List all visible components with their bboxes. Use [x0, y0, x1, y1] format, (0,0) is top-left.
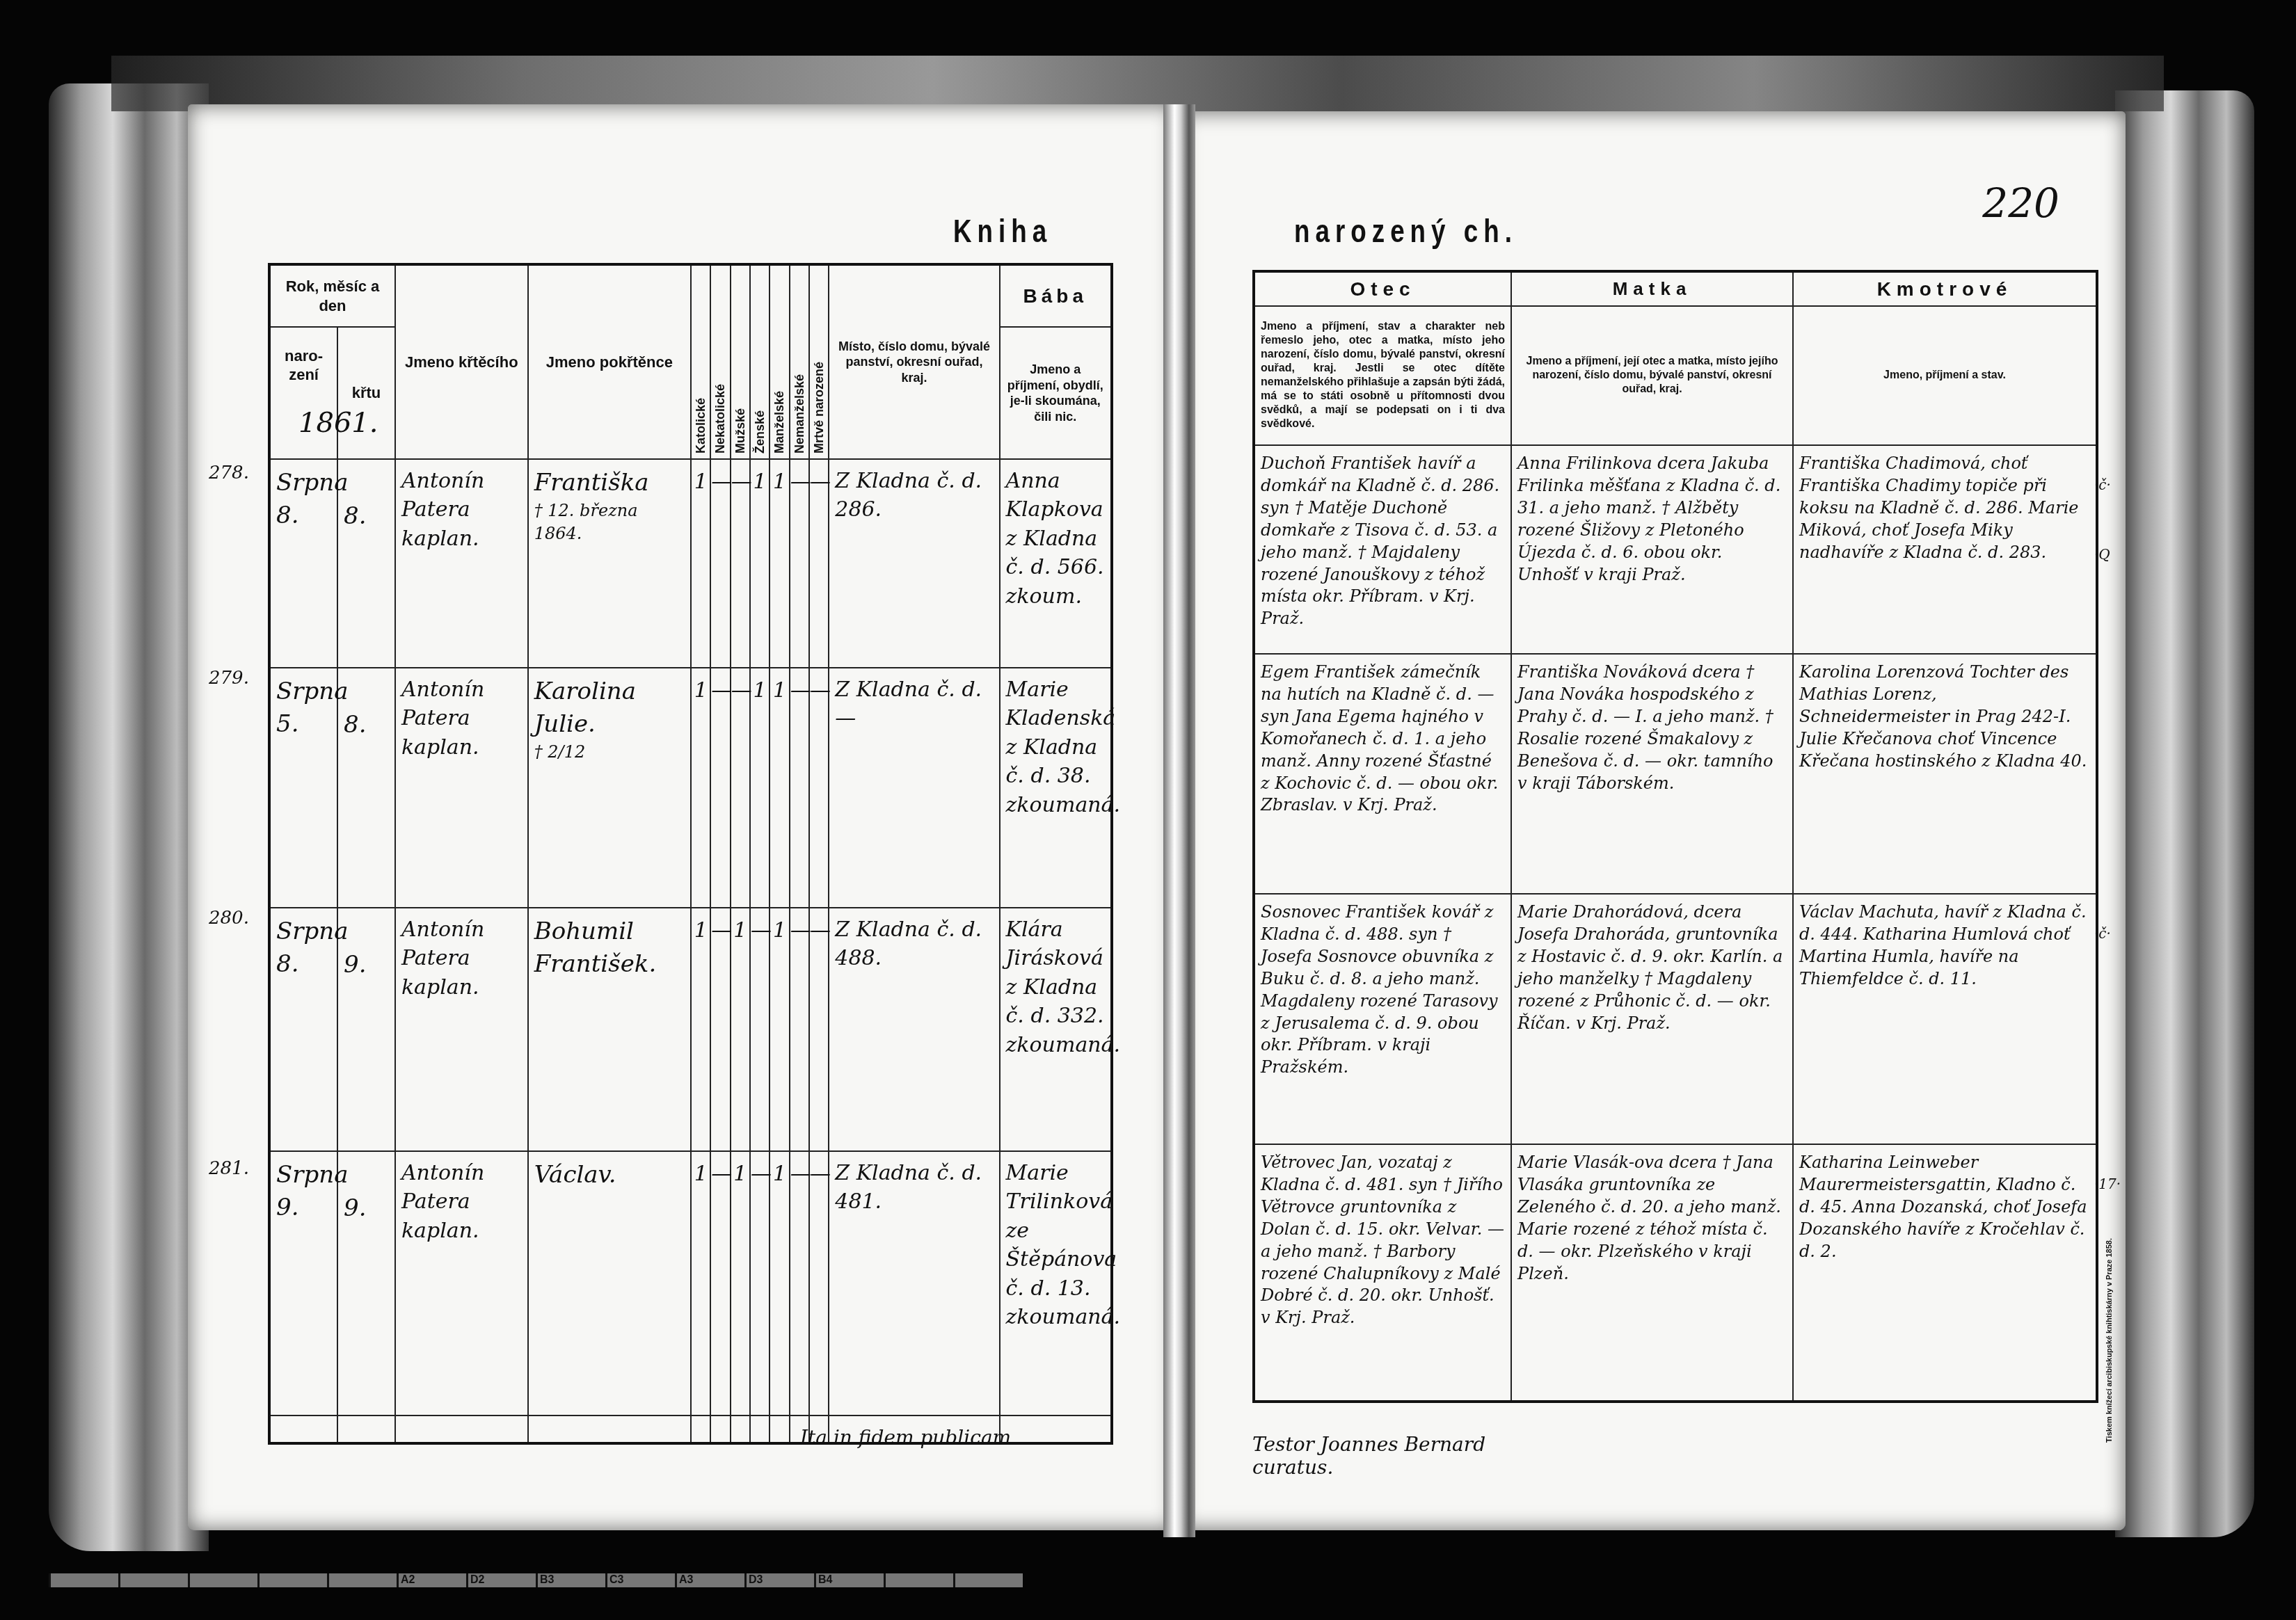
entry-baptized: Václav. — [528, 1151, 691, 1416]
entry-baptizer: Antonín Patera kaplan. — [395, 908, 528, 1151]
flag-illegitimate: — — [790, 1151, 809, 1416]
header-place: Místo, číslo domu, bývalé panství, okres… — [829, 264, 999, 459]
header-flag-noncatholic: Nekatolické — [710, 264, 730, 459]
flag-catholic: 1 — [691, 908, 710, 1151]
header-flag-stillborn: Mrtvě narozené — [809, 264, 829, 459]
header-godparents-desc: Jmeno, příjmení a stav. — [1793, 306, 2097, 445]
entry-godparents: Katharina Leinweber Maurermeistersgattin… — [1793, 1144, 2097, 1402]
entry-baptizer: Antonín Patera kaplan. — [395, 668, 528, 908]
entry-number: 278. — [209, 463, 249, 483]
flag-stillborn: — — [809, 1151, 829, 1416]
flag-catholic: 1 — [691, 1151, 710, 1416]
entry-midwife: Anna Klapkova z Kladna č. d. 566. zkoum. — [1000, 459, 1112, 668]
entry-baptized: Františka† 12. března 1864. — [528, 459, 691, 668]
ruler-cell — [49, 1573, 118, 1587]
header-baptized: Jmeno pokřtěnce — [528, 264, 691, 459]
table-row: Srpna 9. 9. Antonín Patera kaplan. Václa… — [269, 1151, 1112, 1416]
ruler-cell: B3 — [536, 1573, 605, 1587]
entry-mother: Marie Drahorádová, dcera Josefa Drahorád… — [1511, 894, 1793, 1144]
header-flag-catholic: Katolické — [691, 264, 710, 459]
header-godparents: Kmotrové — [1793, 271, 2097, 306]
flag-legitimate: 1 — [770, 1151, 789, 1416]
printer-imprint: Tiskem knížecí arcibiskupské knihtiskárn… — [2105, 1238, 2114, 1443]
header-mother-desc: Jmeno a příjmení, její otec a matka, mís… — [1511, 306, 1793, 445]
entry-mother: Marie Vlasák-ova dcera † Jana Vlasáka gr… — [1511, 1144, 1793, 1402]
entry-baptized: Karolina Julie.† 2/12 — [528, 668, 691, 908]
ruler-cell: B4 — [814, 1573, 884, 1587]
flag-noncatholic: — — [710, 908, 730, 1151]
entry-number: 281. — [209, 1158, 249, 1179]
book-page-stack-left — [49, 83, 209, 1551]
margin-note: ·č· — [2094, 925, 2111, 942]
header-mother: Matka — [1511, 271, 1793, 306]
entry-mother: Františka Nováková dcera † Jana Nováka h… — [1511, 654, 1793, 894]
flag-noncatholic: — — [710, 459, 730, 668]
flag-stillborn: — — [809, 908, 829, 1151]
entry-father: Sosnovec František kovář z Kladna č. d. … — [1254, 894, 1511, 1144]
entry-midwife: Klára Jirásková z Kladna č. d. 332. zkou… — [1000, 908, 1112, 1151]
flag-female: — — [750, 1151, 770, 1416]
entry-father: Egem František zámečník na hutích na Kla… — [1254, 654, 1511, 894]
header-flag-illegitimate: Nemanželské — [790, 264, 809, 459]
color-scale-ruler: A2 D2 B3 C3 A3 D3 B4 — [49, 1573, 1023, 1587]
table-row: Srpna 8. 8. Antonín Patera kaplan. Frant… — [269, 459, 1112, 668]
margin-note: ·17· — [2094, 1176, 2121, 1192]
flag-male: 1 — [731, 908, 750, 1151]
entry-birth: Srpna 8. — [269, 908, 337, 1151]
flag-stillborn: — — [809, 459, 829, 668]
flag-female: 1 — [750, 668, 770, 908]
entry-birth: Srpna 9. — [269, 1151, 337, 1416]
death-note: † 12. března 1864. — [534, 499, 685, 545]
table-row: Srpna 5. 8. Antonín Patera kaplan. Karol… — [269, 668, 1112, 908]
flag-stillborn: — — [809, 668, 829, 908]
entry-number: 280. — [209, 908, 249, 929]
header-flag-legitimate: Manželské — [770, 264, 789, 459]
flag-illegitimate: — — [790, 668, 809, 908]
entry-midwife: Marie Trilinková ze Štěpánova č. d. 13. … — [1000, 1151, 1112, 1416]
header-baptism: křtu — [337, 327, 395, 459]
header-midwife: Bába — [1000, 264, 1112, 327]
entry-place: Z Kladna č. d. 286. — [829, 459, 999, 668]
entry-father: Duchoň František havíř a domkář na Kladn… — [1254, 445, 1511, 654]
table-row: Duchoň František havíř a domkář na Kladn… — [1254, 445, 2097, 654]
entry-mother: Anna Frilinkova dcera Jakuba Frilinka mě… — [1511, 445, 1793, 654]
header-flag-male: Mužské — [731, 264, 750, 459]
ruler-cell — [884, 1573, 953, 1587]
ruler-cell: A3 — [675, 1573, 744, 1587]
flag-illegitimate: — — [790, 459, 809, 668]
book-page-stack-right — [2115, 90, 2254, 1537]
header-midwife-desc: Jmeno a příjmení, obydlí, je-li skoumána… — [1000, 327, 1112, 459]
register-table-left: Rok, měsíc a den Jmeno křtěcího Jmeno po… — [268, 263, 1113, 1445]
header-father: Otec — [1254, 271, 1511, 306]
ruler-cell: A2 — [397, 1573, 466, 1587]
table-row: Egem František zámečník na hutích na Kla… — [1254, 654, 2097, 894]
death-note: † 2/12 — [534, 741, 685, 764]
margin-note: ·Q — [2094, 546, 2110, 563]
entry-place: Z Kladna č. d. — — [829, 668, 999, 908]
entry-baptized: Bohumil František. — [528, 908, 691, 1151]
ruler-cell — [953, 1573, 1023, 1587]
ruler-cell — [257, 1573, 327, 1587]
entry-place: Z Kladna č. d. 488. — [829, 908, 999, 1151]
title-right: narozený ch. — [1294, 212, 1517, 250]
flag-illegitimate: — — [790, 908, 809, 1151]
flag-female: — — [750, 908, 770, 1151]
book-top-edge — [111, 56, 2164, 111]
flag-male: — — [731, 459, 750, 668]
header-date-group: Rok, měsíc a den — [269, 264, 395, 327]
flag-legitimate: 1 — [770, 908, 789, 1151]
ruler-cell — [118, 1573, 188, 1587]
ruler-cell: D3 — [744, 1573, 814, 1587]
ruler-cell — [327, 1573, 397, 1587]
flag-catholic: 1 — [691, 668, 710, 908]
entry-father: Větrovec Jan, vozataj z Kladna č. d. 481… — [1254, 1144, 1511, 1402]
entry-godparents: Václav Machuta, havíř z Kladna č. d. 444… — [1793, 894, 2097, 1144]
ruler-cell: D2 — [466, 1573, 536, 1587]
flag-female: 1 — [750, 459, 770, 668]
flag-legitimate: 1 — [770, 668, 789, 908]
attestation-note: Ita in fidem publicam — [800, 1426, 1011, 1449]
header-baptizer: Jmeno křtěcího — [395, 264, 528, 459]
entry-place: Z Kladna č. d. 481. — [829, 1151, 999, 1416]
flag-legitimate: 1 — [770, 459, 789, 668]
flag-catholic: 1 — [691, 459, 710, 668]
table-row: Větrovec Jan, vozataj z Kladna č. d. 481… — [1254, 1144, 2097, 1402]
header-father-desc: Jmeno a příjmení, stav a charakter neb ř… — [1254, 306, 1511, 445]
flag-noncatholic: — — [710, 668, 730, 908]
entry-baptism: 9. — [337, 1151, 395, 1416]
year-label: 1861. — [298, 406, 337, 440]
flag-noncatholic: — — [710, 1151, 730, 1416]
curate-signature: Testor Joannes Bernard curatus. — [1252, 1433, 1531, 1479]
entry-birth: Srpna 5. — [269, 668, 337, 908]
entry-number: 279. — [209, 668, 249, 689]
entry-godparents: Karolina Lorenzová Tochter des Mathias L… — [1793, 654, 2097, 894]
title-left: Kniha — [953, 212, 1052, 250]
ruler-cell — [188, 1573, 257, 1587]
header-birth: naro-zení1861. — [269, 327, 337, 459]
ruler-cell: C3 — [605, 1573, 675, 1587]
margin-note: ·č· — [2094, 476, 2111, 493]
table-row: Srpna 8. 9. Antonín Patera kaplan. Bohum… — [269, 908, 1112, 1151]
header-flag-female: Ženské — [750, 264, 770, 459]
entry-baptizer: Antonín Patera kaplan. — [395, 459, 528, 668]
entry-baptizer: Antonín Patera kaplan. — [395, 1151, 528, 1416]
flag-male: — — [731, 668, 750, 908]
page-number: 220 — [1982, 179, 2059, 227]
entry-godparents: Františka Chadimová, choť Františka Chad… — [1793, 445, 2097, 654]
entry-midwife: Marie Kladenská z Kladna č. d. 38. zkoum… — [1000, 668, 1112, 908]
entry-birth: Srpna 8. — [269, 459, 337, 668]
register-table-right: Otec Matka Kmotrové Jmeno a příjmení, st… — [1252, 270, 2098, 1403]
table-row: Sosnovec František kovář z Kladna č. d. … — [1254, 894, 2097, 1144]
flag-male: 1 — [731, 1151, 750, 1416]
book-gutter — [1163, 104, 1195, 1537]
